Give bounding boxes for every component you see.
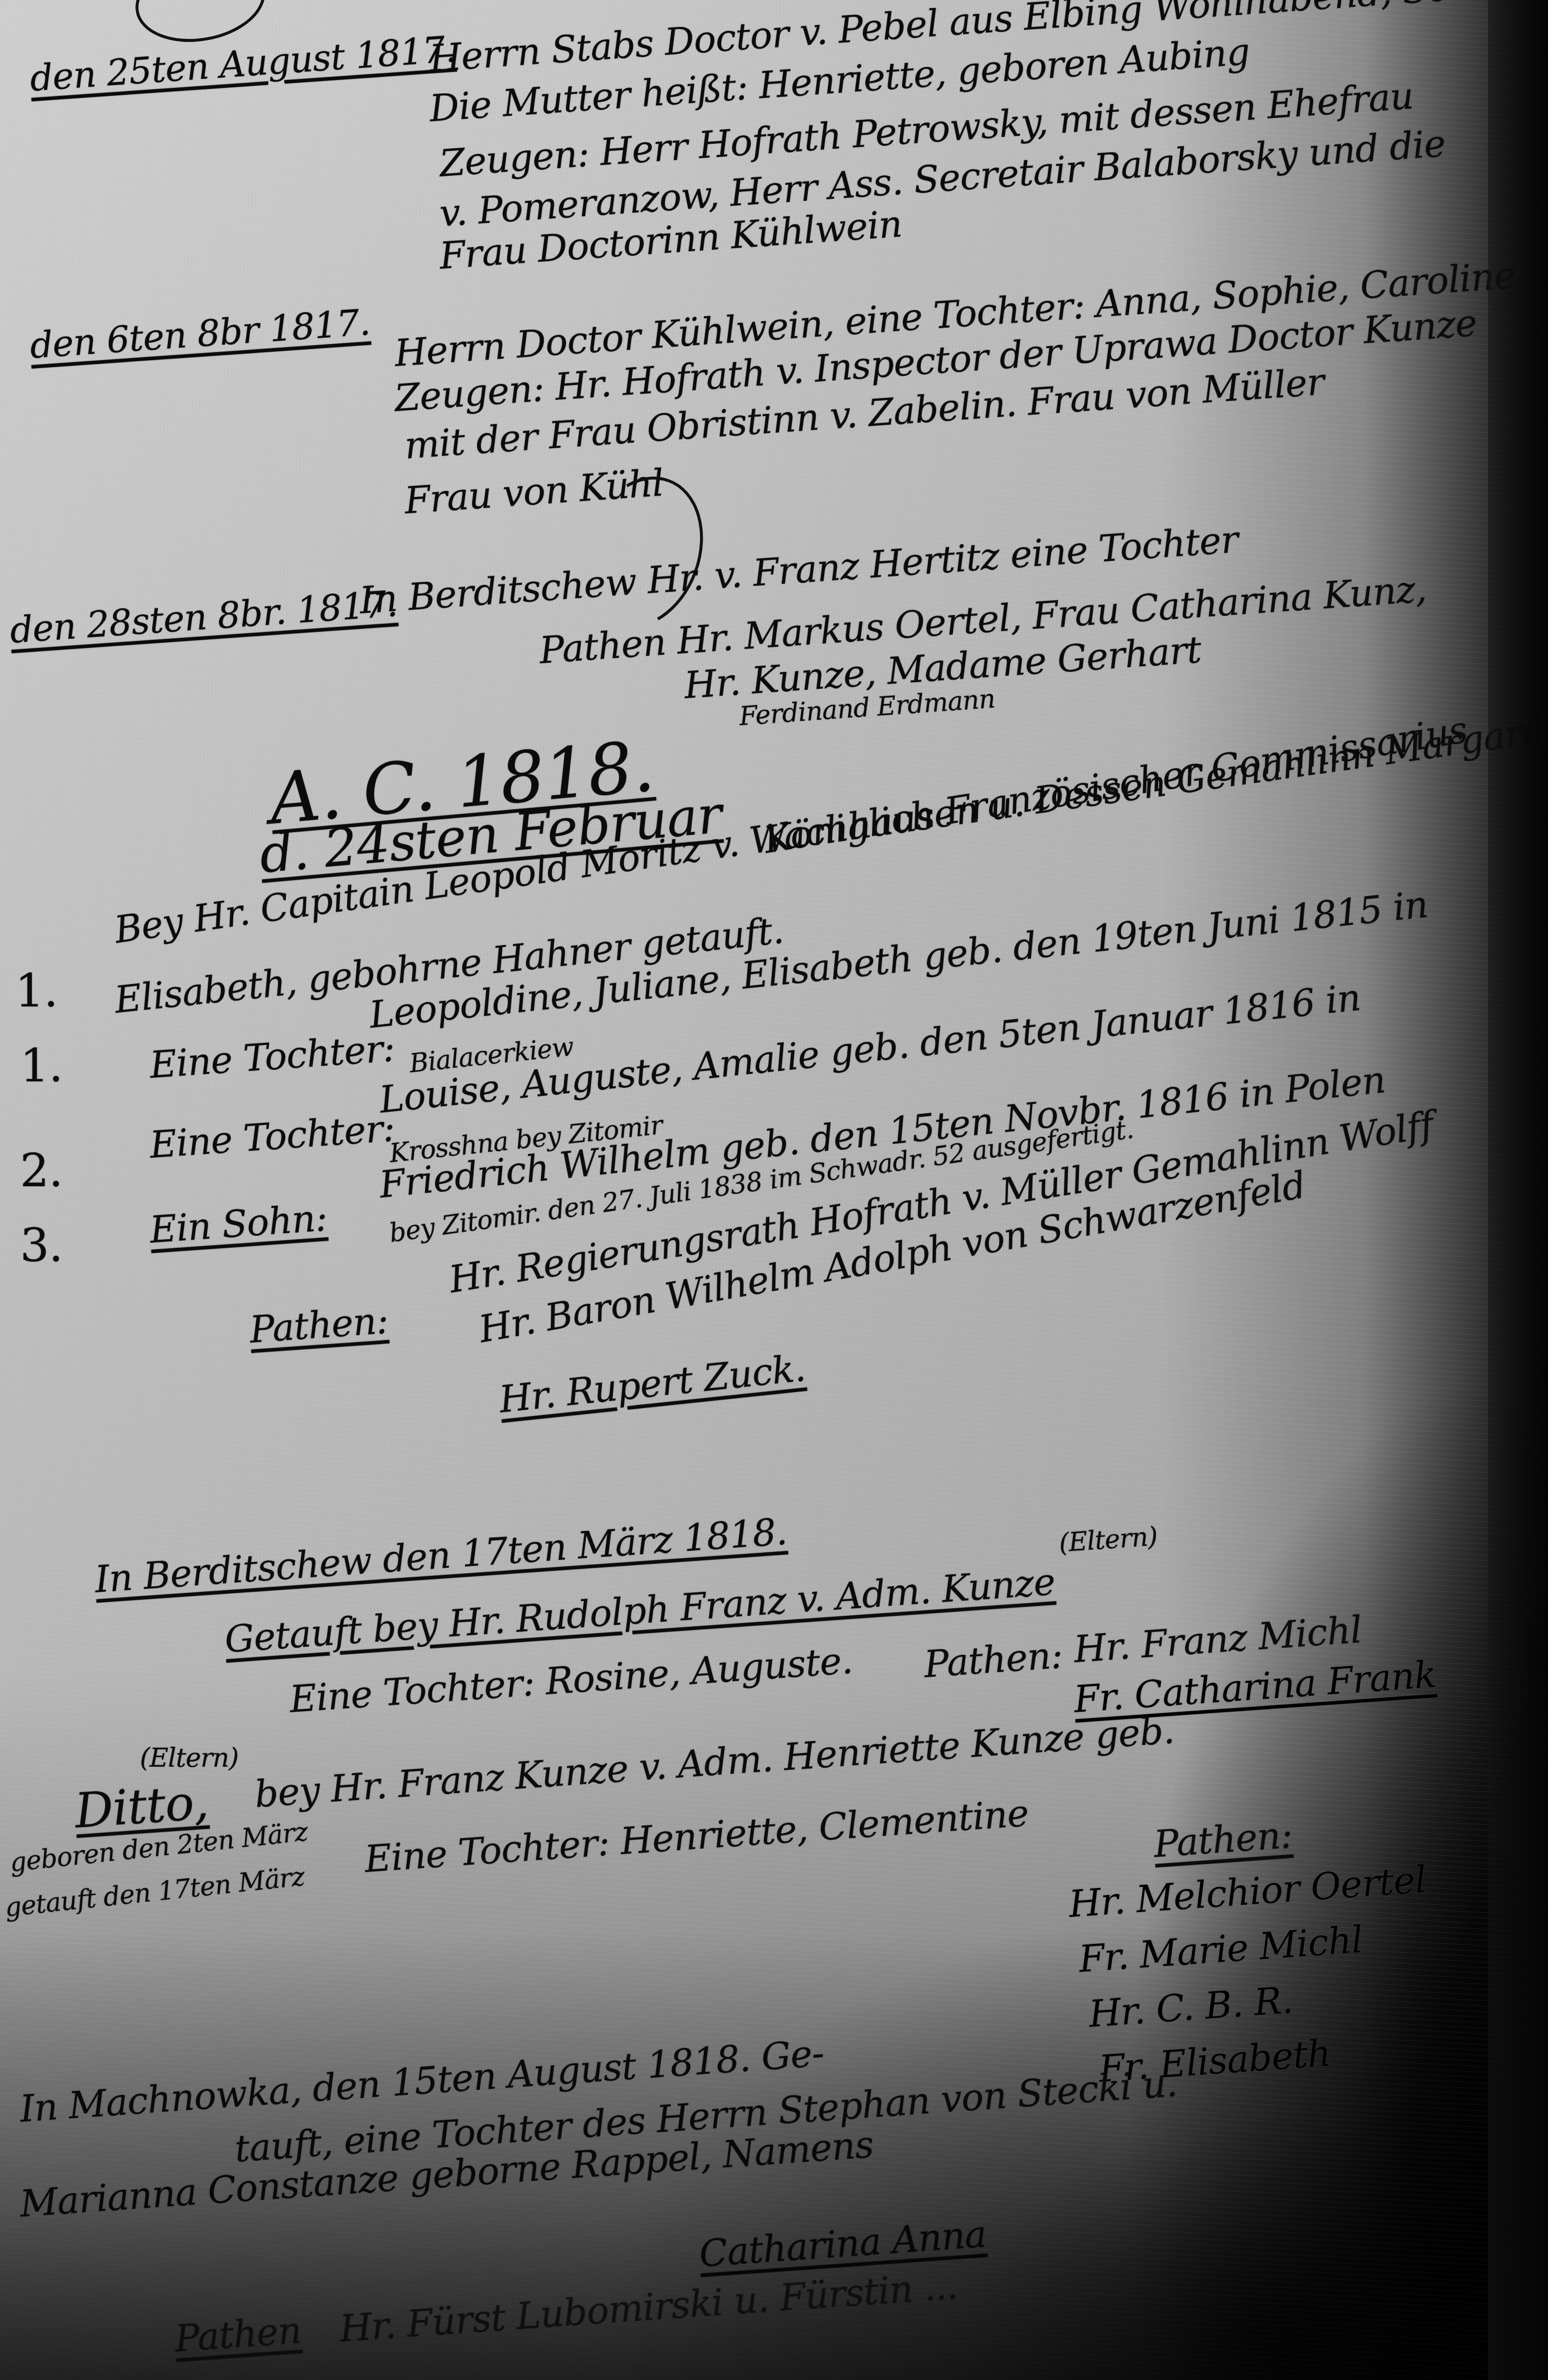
child-number: 3. xyxy=(20,1219,63,1272)
book-spine-shadow xyxy=(1488,0,1548,2380)
entry-date: den 6ten 8br 1817. xyxy=(28,301,371,367)
pathen-name: Hr. Melchior Oertel xyxy=(1067,1858,1428,1926)
child-number: 2. xyxy=(20,1144,63,1197)
parents-note: (Eltern) xyxy=(1058,1521,1158,1558)
pathen-label: Pathen: xyxy=(923,1634,1064,1686)
child-number: 1. xyxy=(20,1039,63,1092)
entry-line: Eine Tochter: Rosine, Auguste. xyxy=(288,1639,854,1721)
pathen-label: Pathen: xyxy=(1152,1814,1294,1866)
parents-note: (Eltern) xyxy=(140,1743,238,1773)
pathen-name: Hr. Rupert Zuck. xyxy=(498,1347,808,1422)
page-shadow xyxy=(0,1930,1548,2380)
entry-line: bey Hr. Franz Kunze v. Adm. Henriette Ku… xyxy=(253,1709,1175,1816)
entry-date: den 25ten August 1817. xyxy=(28,28,457,99)
register-page: den 25ten August 1817. Herrn Stabs Docto… xyxy=(0,0,1548,2380)
child-label: Eine Tochter: xyxy=(148,1027,396,1087)
entry-number: 1. xyxy=(15,964,58,1017)
pathen-label: Pathen: xyxy=(248,1299,390,1352)
child-label: Eine Tochter: xyxy=(148,1107,396,1167)
entry-date: den 28sten 8br. 1817. xyxy=(8,582,399,651)
child-label: Ein Sohn: xyxy=(148,1196,329,1252)
entry-line: Eine Tochter: Henriette, Clementine xyxy=(363,1792,1030,1881)
